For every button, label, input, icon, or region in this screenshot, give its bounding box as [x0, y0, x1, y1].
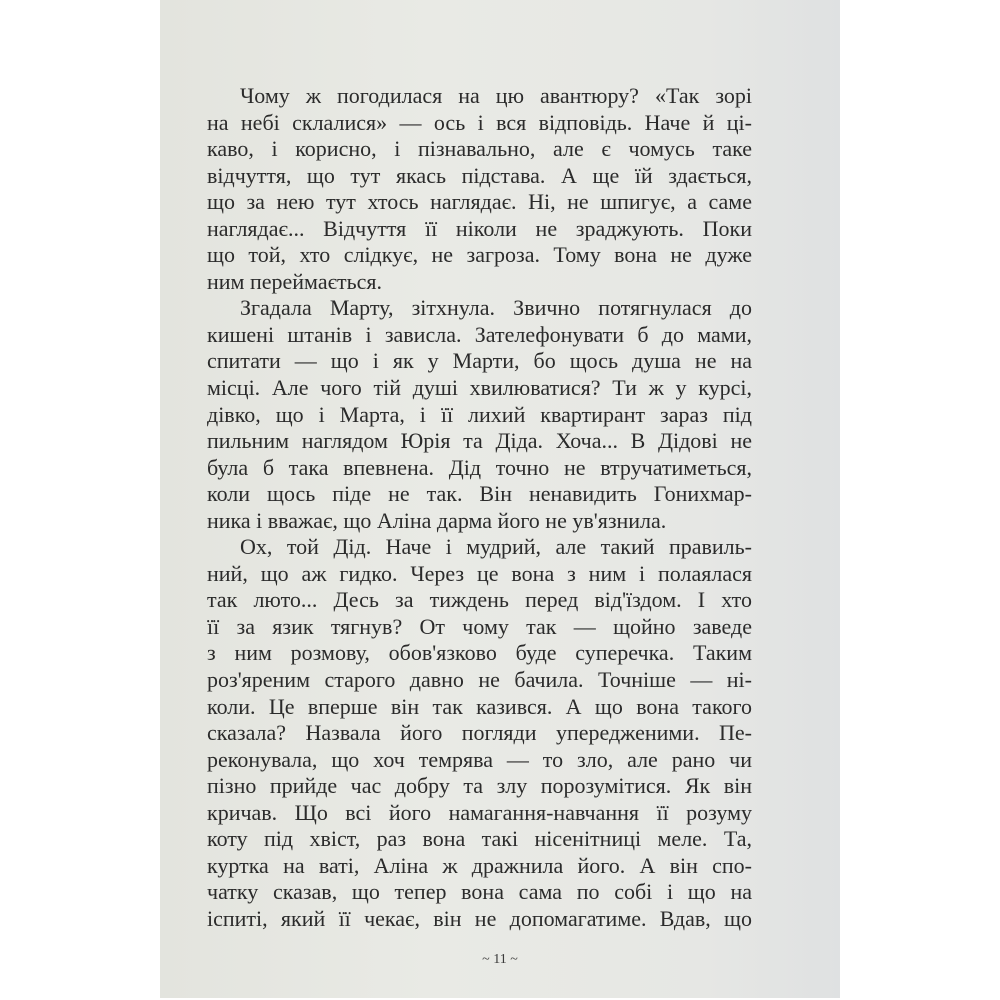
text-line: Згадала Марту, зітхнула. Звично потягнул… [207, 295, 752, 322]
text-line: місці. Але чого тій душі хвилюватися? Ти… [207, 375, 752, 402]
text-line: спитати — що і як у Марти, бо щось душа … [207, 348, 752, 375]
text-line: на небі склалися» — ось і вся відповідь.… [207, 110, 752, 137]
page-number: ~ 11 ~ [160, 952, 840, 968]
text-line: коли щось піде не так. Він ненавидить Го… [207, 481, 752, 508]
text-line: сказала? Назвала його погляди упереджени… [207, 720, 752, 747]
text-line: що той, хто слідкує, не загроза. Тому во… [207, 242, 752, 269]
text-line: Ох, той Дід. Наче і мудрий, але такий пр… [207, 534, 752, 561]
text-line: ний, що аж гидко. Через це вона з ним і … [207, 561, 752, 588]
text-line: роз'яреним старого давно не бачила. Точн… [207, 667, 752, 694]
text-line: Чому ж погодилася на цю авантюру? «Так з… [207, 83, 752, 110]
text-line: що за нею тут хтось наглядає. Ні, не шпи… [207, 189, 752, 216]
text-line: пильним наглядом Юрія та Діда. Хоча... В… [207, 428, 752, 455]
text-line: наглядає... Відчуття її ніколи не зраджу… [207, 216, 752, 243]
body-text: Чому ж погодилася на цю авантюру? «Так з… [207, 83, 752, 933]
text-line: кричав. Що всі його намагання-навчання ї… [207, 800, 752, 827]
text-line: коли. Це вперше він так казився. А що во… [207, 694, 752, 721]
paragraph: Згадала Марту, зітхнула. Звично потягнул… [207, 295, 752, 534]
text-line: ника і вважає, що Аліна дарма його не ув… [207, 508, 752, 535]
text-line: була б така впевнена. Дід точно не втруч… [207, 455, 752, 482]
text-line: реконувала, що хоч темрява — то зло, але… [207, 747, 752, 774]
text-line: коту під хвіст, раз вона такі нісенітниц… [207, 826, 752, 853]
paragraph: Ох, той Дід. Наче і мудрий, але такий пр… [207, 534, 752, 932]
text-line: з ним розмову, обов'язково буде суперечк… [207, 640, 752, 667]
text-line: її за язик тягнув? От чому так — щойно з… [207, 614, 752, 641]
text-line: чатку сказав, що тепер вона сама по собі… [207, 879, 752, 906]
text-line: куртка на ваті, Аліна ж дражнила його. А… [207, 853, 752, 880]
paragraph: Чому ж погодилася на цю авантюру? «Так з… [207, 83, 752, 295]
text-line: відчуття, що тут якась підстава. А ще їй… [207, 163, 752, 190]
book-page: Чому ж погодилася на цю авантюру? «Так з… [160, 0, 840, 998]
text-line: ним переймається. [207, 269, 752, 296]
text-line: так люто... Десь за тиждень перед від'їз… [207, 587, 752, 614]
text-line: пізно прийде час добру та злу порозуміти… [207, 773, 752, 800]
text-line: дівко, що і Марта, і її лихий квартирант… [207, 402, 752, 429]
text-line: каво, і корисно, і пізнавально, але є чо… [207, 136, 752, 163]
text-line: іспиті, який її чекає, він не допомагати… [207, 906, 752, 933]
text-line: кишені штанів і зависла. Зателефонувати … [207, 322, 752, 349]
